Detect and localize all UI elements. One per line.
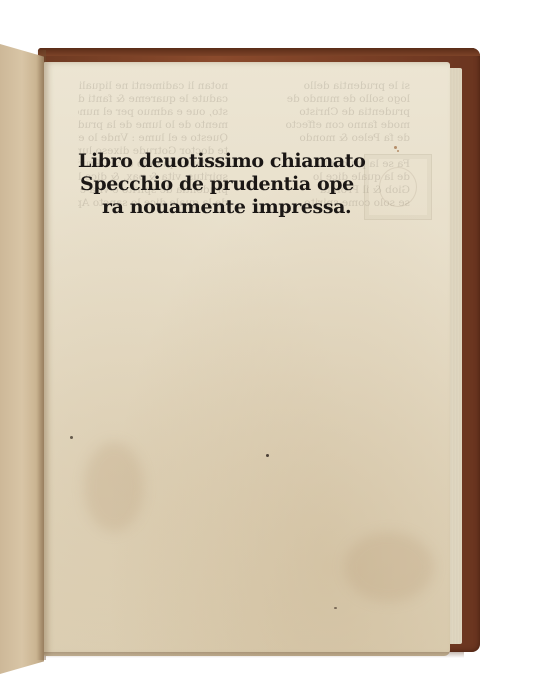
foxing-spot <box>397 150 399 152</box>
foxing-spot <box>394 146 397 149</box>
title-line-1: Libro deuotissimo chiamato <box>78 150 378 173</box>
ink-spot <box>266 454 269 457</box>
paper-stain <box>344 532 434 602</box>
page-bottom-shadow <box>44 652 464 658</box>
paper-stain <box>84 442 144 532</box>
title-line-3: ra nouamente impressa. <box>78 196 378 219</box>
binding-top-edge <box>38 48 480 56</box>
page-fore-edge <box>448 68 462 644</box>
book-photograph: notan li cadimenti ne liquali fono cadut… <box>0 0 538 700</box>
book-title: Libro deuotissimo chiamato Specchio de p… <box>78 150 378 219</box>
ink-spot <box>334 607 337 609</box>
ink-spot <box>70 436 73 439</box>
title-line-2: Specchio de prudentia ope <box>78 173 378 196</box>
